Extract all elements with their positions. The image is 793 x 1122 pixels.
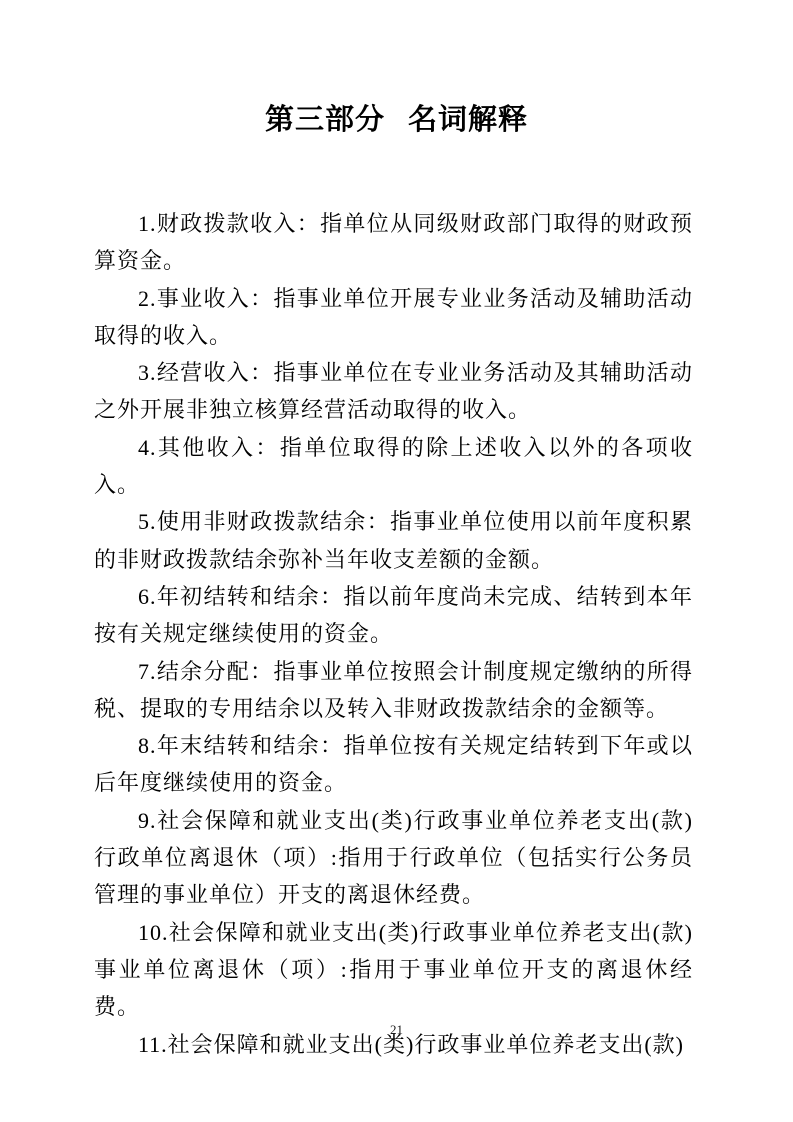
definition-paragraph: 4.其他收入：指单位取得的除上述收入以外的各项收入。 — [94, 429, 693, 504]
page-number: 21 — [0, 1022, 793, 1038]
definition-paragraph: 10.社会保障和就业支出(类)行政事业单位养老支出(款)事业单位离退休（项）:指… — [94, 914, 693, 1026]
definition-paragraph: 1.财政拨款收入：指单位从同级财政部门取得的财政预算资金。 — [94, 205, 693, 280]
definition-paragraph: 5.使用非财政拨款结余：指事业单位使用以前年度积累的非财政拨款结余弥补当年收支差… — [94, 503, 693, 578]
definition-paragraph: 3.经营收入：指事业单位在专业业务活动及其辅助活动之外开展非独立核算经营活动取得… — [94, 354, 693, 429]
definition-paragraph: 7.结余分配：指事业单位按照会计制度规定缴纳的所得税、提取的专用结余以及转入非财… — [94, 653, 693, 728]
definitions-list: 1.财政拨款收入：指单位从同级财政部门取得的财政预算资金。 2.事业收入：指事业… — [94, 205, 693, 1063]
definition-paragraph: 8.年末结转和结余：指单位按有关规定结转到下年或以后年度继续使用的资金。 — [94, 727, 693, 802]
definition-paragraph: 9.社会保障和就业支出(类)行政事业单位养老支出(款)行政单位离退休（项）:指用… — [94, 802, 693, 914]
page-title: 第三部分 名词解释 — [0, 0, 793, 139]
definition-paragraph: 2.事业收入：指事业单位开展专业业务活动及辅助活动取得的收入。 — [94, 280, 693, 355]
definition-paragraph: 6.年初结转和结余：指以前年度尚未完成、结转到本年按有关规定继续使用的资金。 — [94, 578, 693, 653]
document-page: 第三部分 名词解释 1.财政拨款收入：指单位从同级财政部门取得的财政预算资金。 … — [0, 0, 793, 1122]
